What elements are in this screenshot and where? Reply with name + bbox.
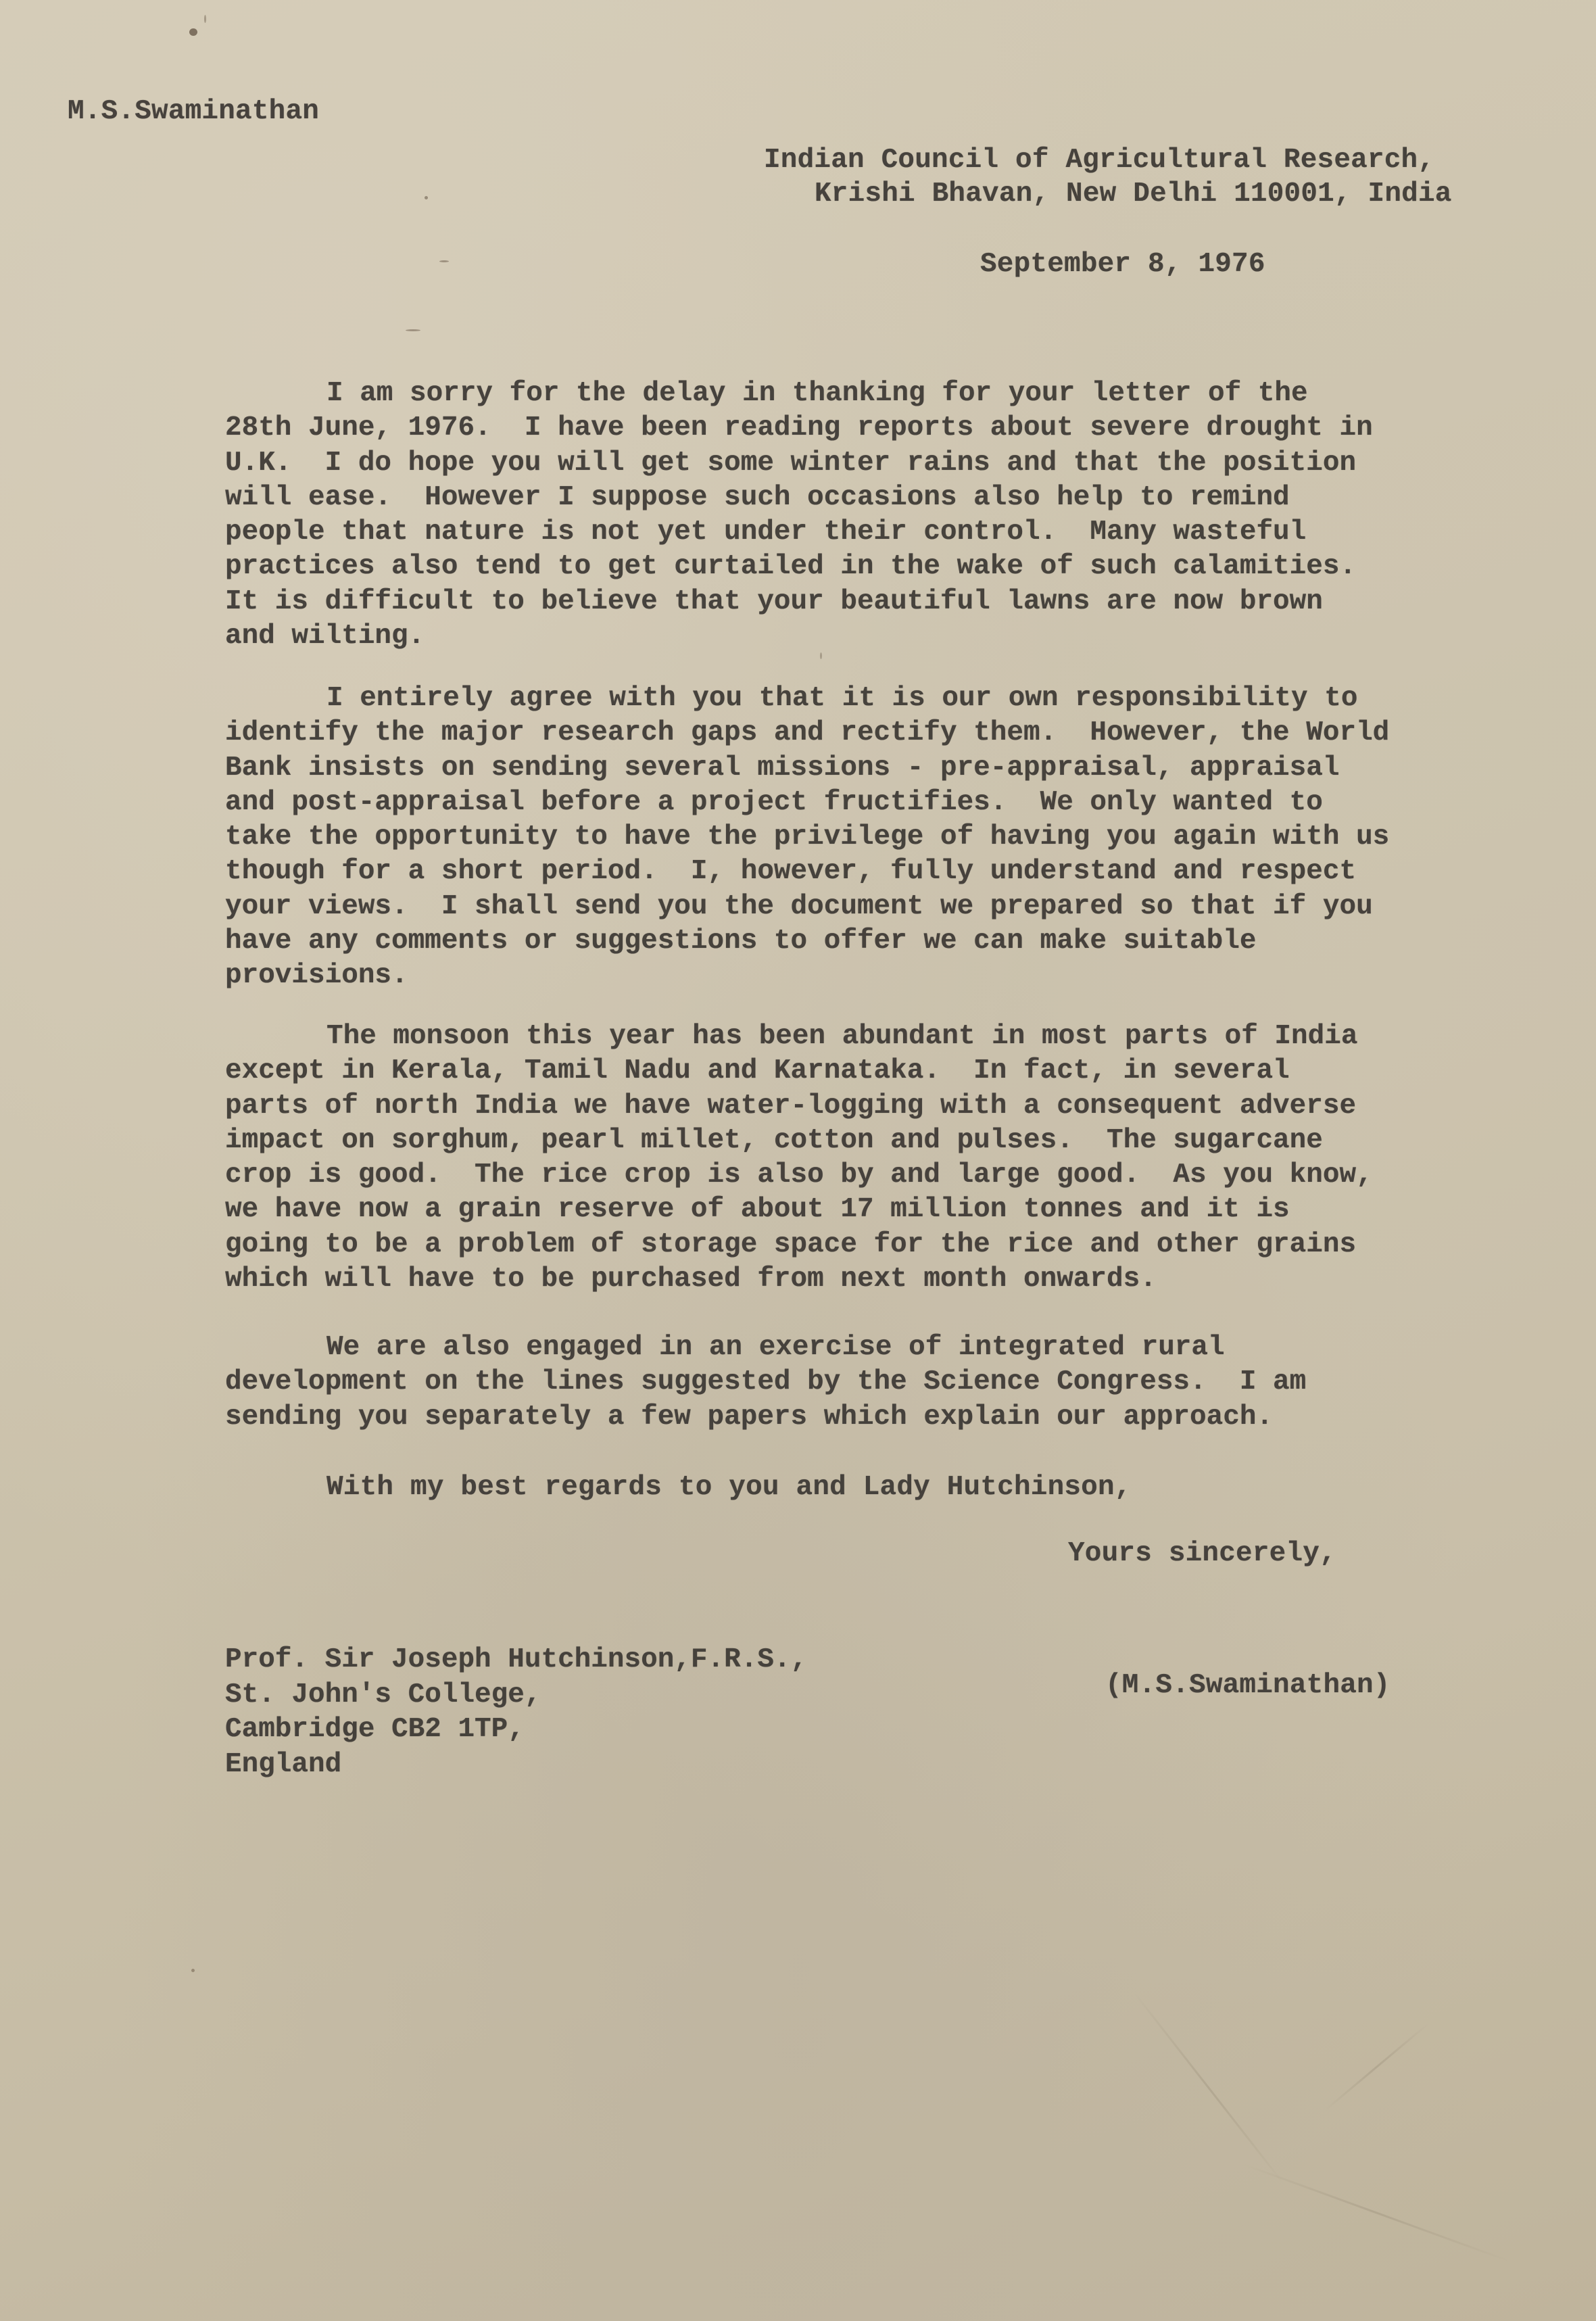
paper-speck [406,329,420,331]
paragraph-line: Bank insists on sending several missions… [225,751,1389,786]
sender-header: M.S.Swaminathan [68,95,319,128]
paragraph-line: I entirely agree with you that it is our… [225,681,1389,716]
paragraph-line: and post-appraisal before a project fruc… [225,786,1389,820]
paragraph-line: parts of north India we have water-loggi… [225,1089,1373,1124]
body-paragraph-2: I entirely agree with you that it is our… [225,681,1389,994]
paragraph-line: your views. I shall send you the documen… [225,890,1389,924]
organization-line-2: Krishi Bhavan, New Delhi 110001, India [815,177,1452,211]
body-paragraph-1: I am sorry for the delay in thanking for… [225,377,1373,654]
paragraph-line: It is difficult to believe that your bea… [225,585,1373,619]
paragraph-line: impact on sorghum, pearl millet, cotton … [225,1124,1373,1158]
paper-speck [191,1969,195,1972]
paragraph-line: identify the major research gaps and rec… [225,716,1389,750]
body-paragraph-3: The monsoon this year has been abundant … [225,1020,1373,1297]
paragraph-line: sending you separately a few papers whic… [225,1400,1306,1435]
paper-speck [425,196,428,199]
paragraph-line: development on the lines suggested by th… [225,1365,1306,1399]
recipient-line: St. John's College, [225,1678,807,1713]
paragraph-line: though for a short period. I, however, f… [225,855,1389,889]
paragraph-line: people that nature is not yet under thei… [225,515,1373,550]
paper-speck [439,260,449,262]
body-paragraph-4: We are also engaged in an exercise of in… [225,1331,1306,1435]
closing-line: With my best regards to you and Lady Hut… [327,1470,1132,1504]
valediction: Yours sincerely, [1068,1537,1336,1571]
paragraph-line: We are also engaged in an exercise of in… [225,1331,1306,1365]
paper-crease [1324,2023,1429,2111]
paper-speck [189,28,197,36]
signature: (M.S.Swaminathan) [1105,1669,1391,1702]
paragraph-line: we have now a grain reserve of about 17 … [225,1193,1373,1227]
paragraph-line: crop is good. The rice crop is also by a… [225,1158,1373,1193]
paragraph-line: U.K. I do hope you will get some winter … [225,446,1373,481]
paragraph-line: going to be a problem of storage space f… [225,1228,1373,1262]
paper-crease [1134,1992,1285,2186]
paragraph-line: The monsoon this year has been abundant … [225,1020,1373,1054]
paragraph-line: will ease. However I suppose such occasi… [225,481,1373,515]
paper-speck [204,15,206,23]
paragraph-line: I am sorry for the delay in thanking for… [225,377,1373,411]
paragraph-line: provisions. [225,959,1389,993]
paragraph-line: practices also tend to get curtailed in … [225,550,1373,584]
recipient-line: Prof. Sir Joseph Hutchinson,F.R.S., [225,1643,807,1678]
letter-page: M.S.Swaminathan Indian Council of Agricu… [0,0,1596,2321]
letter-date: September 8, 1976 [980,247,1265,281]
recipient-line: Cambridge CB2 1TP, [225,1713,807,1748]
recipient-line: England [225,1748,807,1783]
paragraph-line: which will have to be purchased from nex… [225,1262,1373,1297]
paragraph-line: have any comments or suggestions to offe… [225,924,1389,959]
recipient-address: Prof. Sir Joseph Hutchinson,F.R.S., St. … [225,1643,807,1782]
paragraph-line: and wilting. [225,619,1373,654]
organization-line-1: Indian Council of Agricultural Research, [764,143,1434,177]
paragraph-line: take the opportunity to have the privile… [225,820,1389,855]
paragraph-line: 28th June, 1976. I have been reading rep… [225,411,1373,446]
paragraph-line: except in Kerala, Tamil Nadu and Karnata… [225,1054,1373,1088]
paper-crease [1243,2163,1511,2262]
